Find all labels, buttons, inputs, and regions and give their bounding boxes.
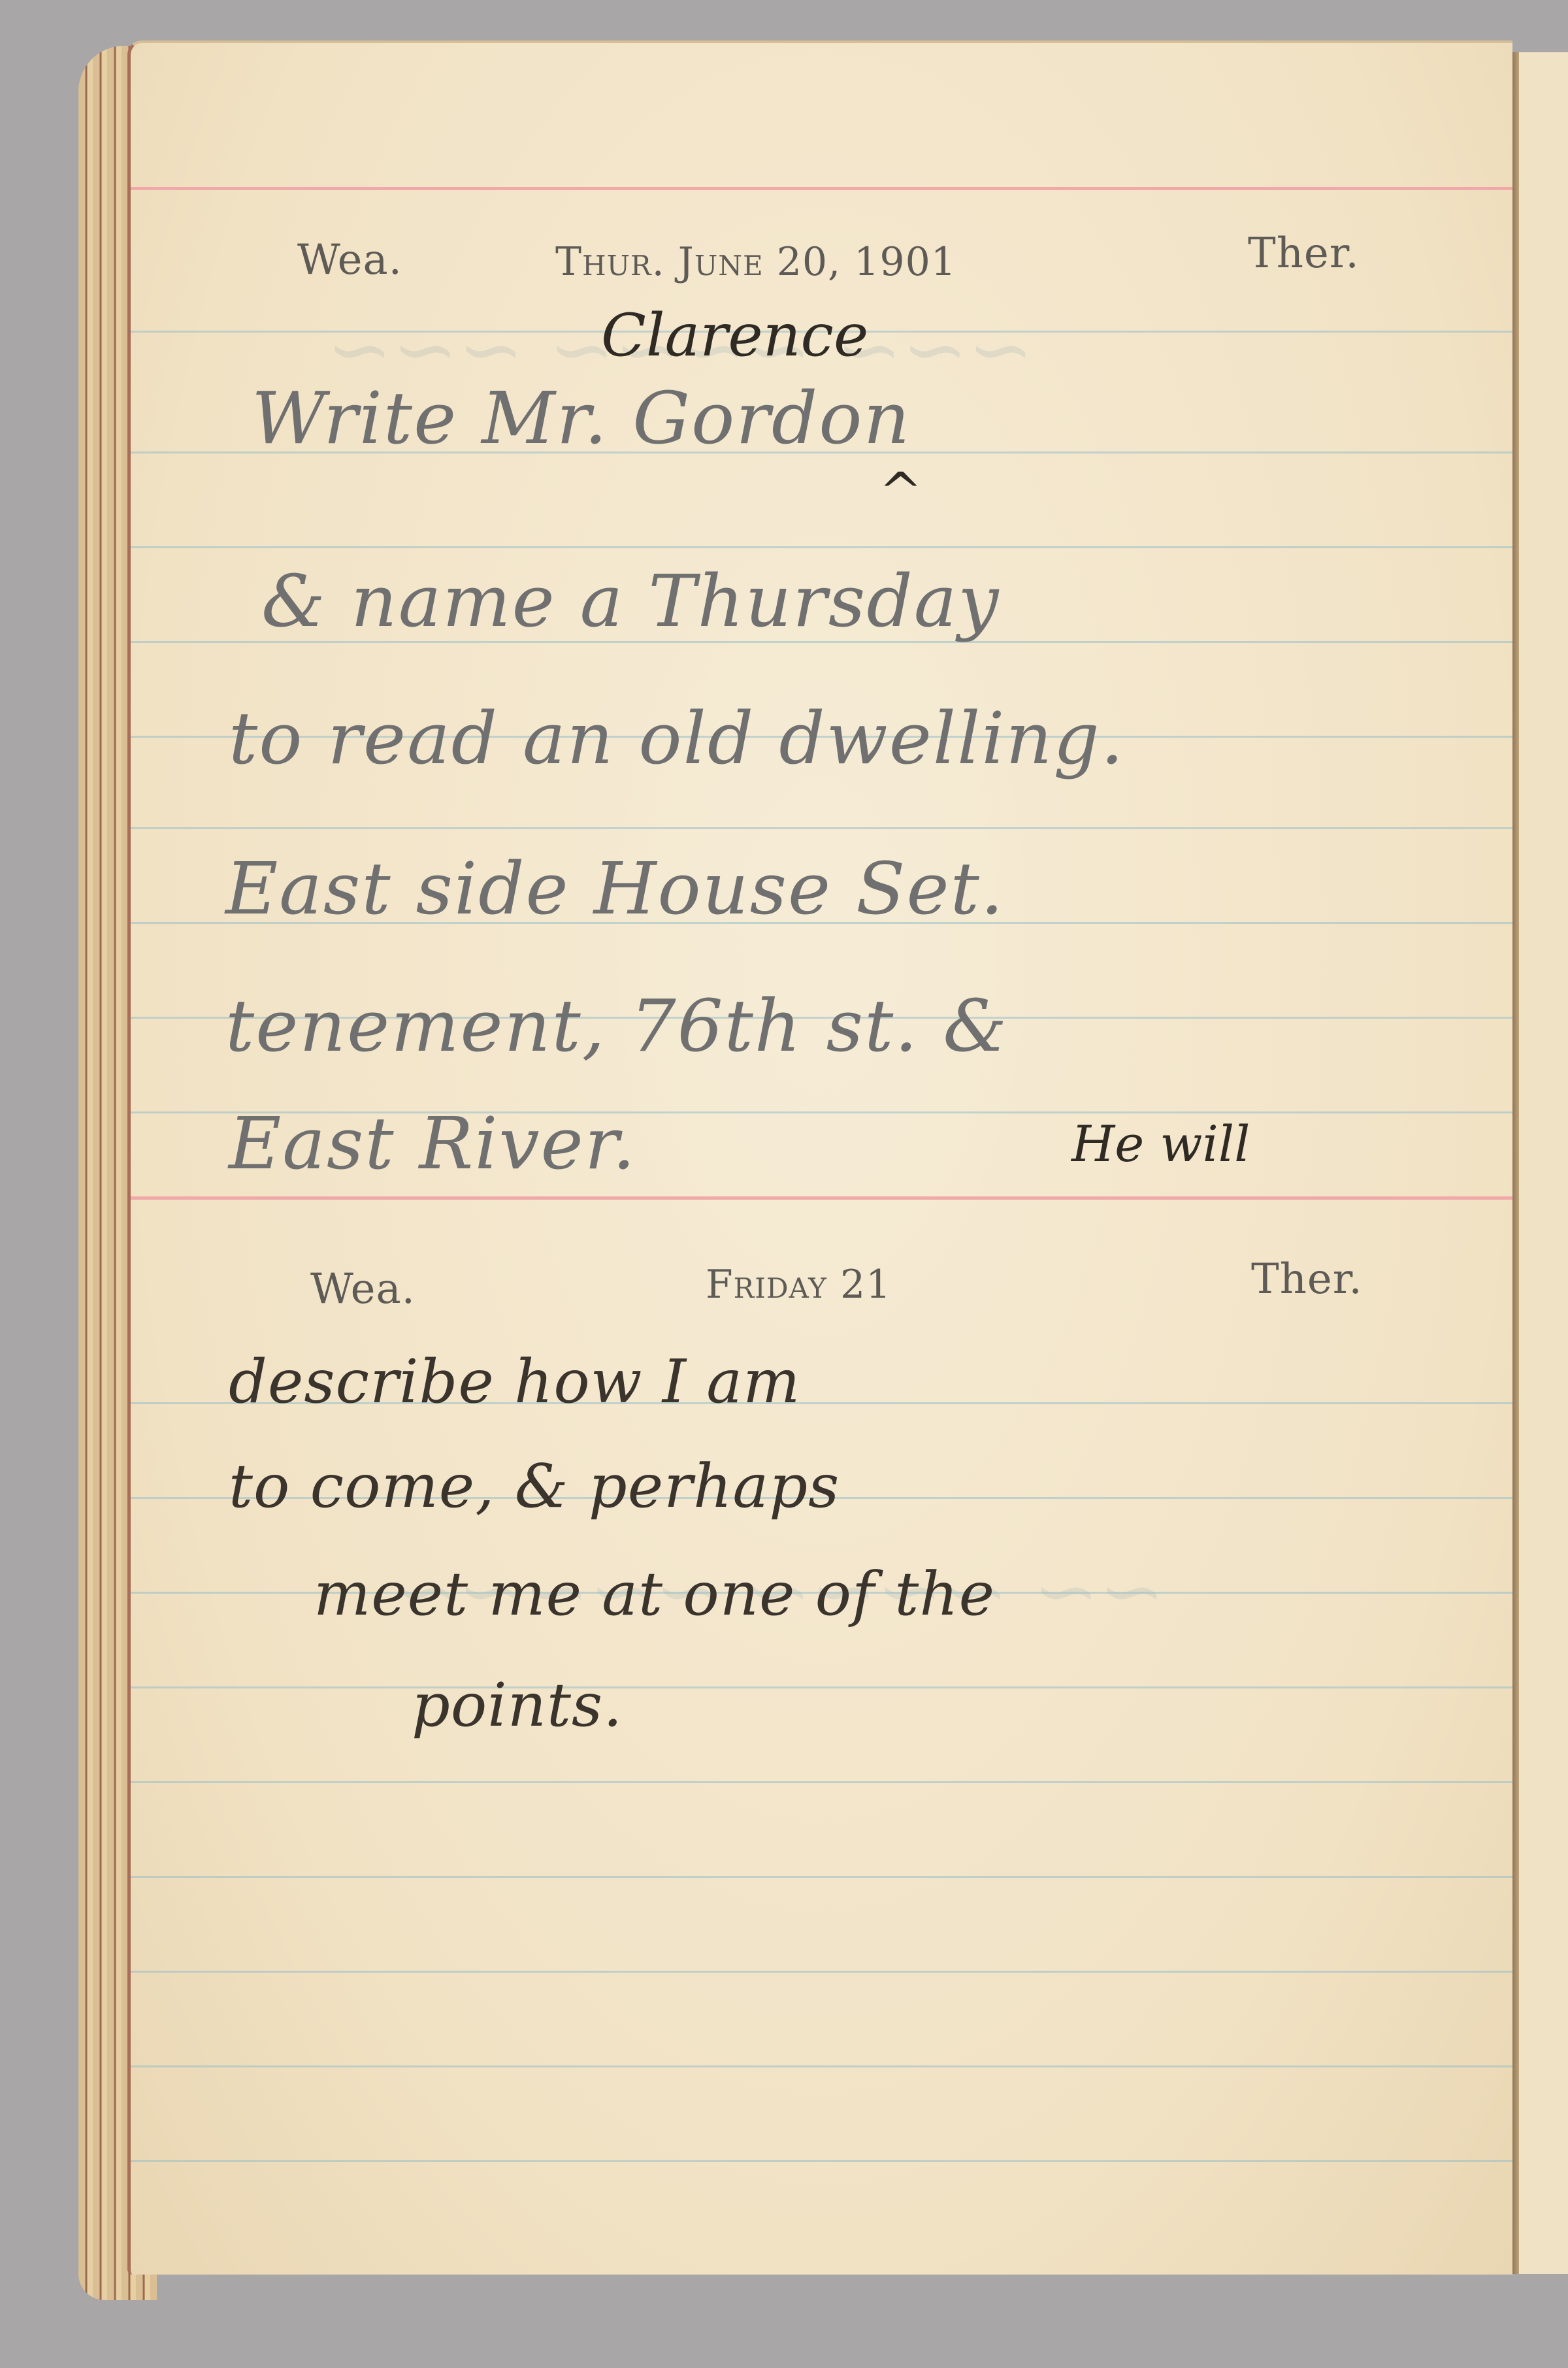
entry-line: tenement, 76th st. & bbox=[225, 984, 1008, 1068]
blue-rule bbox=[131, 1781, 1512, 1783]
entry-continuation: He will bbox=[1071, 1115, 1250, 1173]
entry-date: Thur. June 20, 1901 bbox=[555, 239, 956, 285]
facing-page-edge bbox=[1519, 52, 1568, 2274]
entry-line: points. bbox=[412, 1670, 623, 1740]
entry-line: describe how I am bbox=[229, 1347, 800, 1417]
entry-date: Friday 21 bbox=[706, 1262, 891, 1307]
blue-rule bbox=[131, 1686, 1512, 1688]
pink-rule-top bbox=[131, 187, 1512, 190]
entry-line: to come, & perhaps bbox=[229, 1451, 840, 1521]
entry-line: East side House Set. bbox=[225, 847, 1005, 930]
blue-rule bbox=[131, 1876, 1512, 1878]
weather-label: Wea. bbox=[310, 1265, 416, 1313]
blue-rule bbox=[131, 546, 1512, 548]
entry-line: meet me at one of the bbox=[314, 1559, 995, 1629]
blue-rule bbox=[131, 827, 1512, 829]
entry-line: East River. bbox=[229, 1102, 636, 1185]
inserted-name: Clarence bbox=[601, 301, 868, 370]
weather-label: Wea. bbox=[297, 236, 402, 284]
thermometer-label: Ther. bbox=[1248, 229, 1360, 278]
entry-line: to read an old dwelling. bbox=[229, 697, 1125, 780]
blue-rule bbox=[131, 2065, 1512, 2067]
diary-page: ~~~ ~~~~ ~~~ ~~ ~~~~ ~~~~~ Wea. Thur. Ju… bbox=[127, 41, 1512, 2275]
entry-line: Write Mr. Gordon bbox=[252, 376, 911, 460]
insertion-caret: ^ bbox=[879, 461, 923, 522]
entry-line: & name a Thursday bbox=[261, 559, 1000, 643]
thermometer-label: Ther. bbox=[1251, 1255, 1363, 1304]
pink-rule-middle bbox=[131, 1196, 1512, 1200]
blue-rule bbox=[131, 1971, 1512, 1973]
blue-rule bbox=[131, 2160, 1512, 2162]
